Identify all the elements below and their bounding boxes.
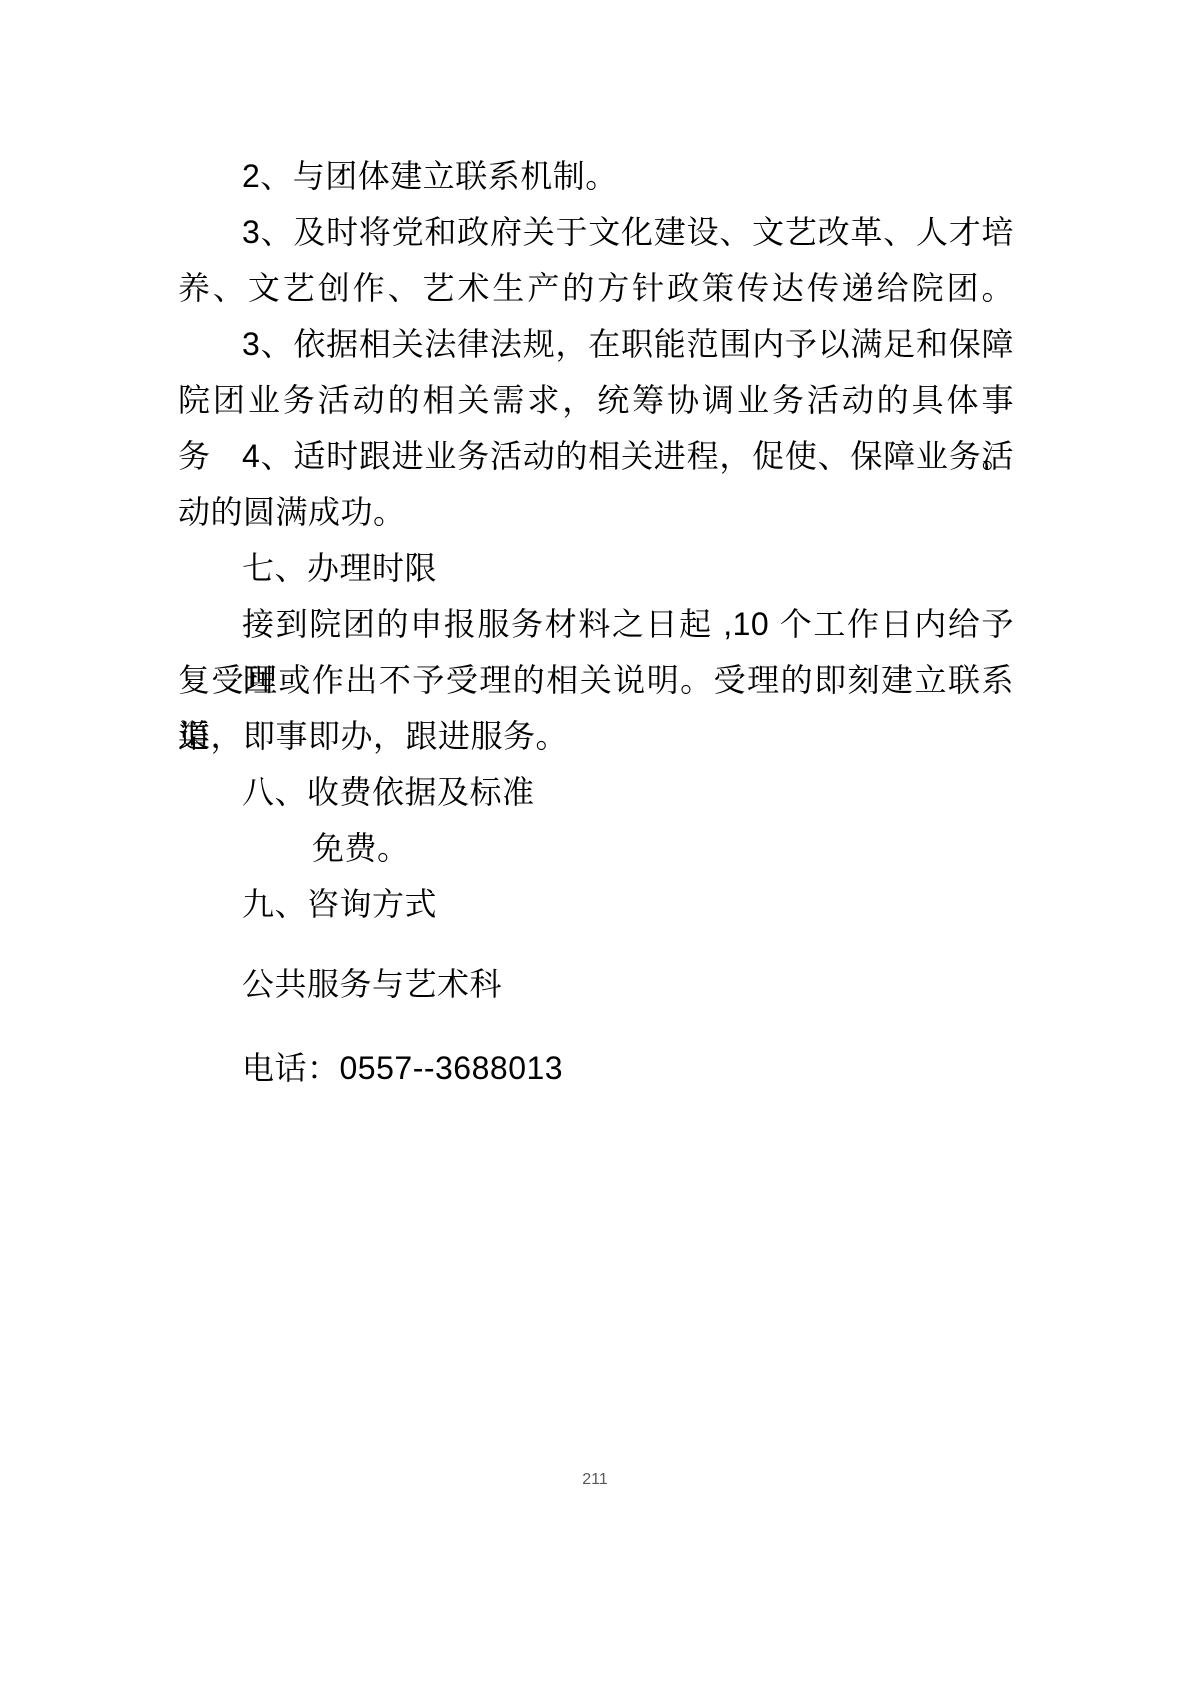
paragraph: 2、与团体建立联系机制。 [178,148,1014,204]
paragraph: 七、办理时限 [178,540,1014,596]
text-line: 2、与团体建立联系机制。 [178,148,1014,204]
text-line: 动的圆满成功。 [178,484,1014,540]
text-line: 免费。 [178,820,1014,876]
paragraph-spacer [178,1012,1014,1040]
document-body: 2、与团体建立联系机制。3、及时将党和政府关于文化建设、文艺改革、人才培养、文艺… [178,148,1014,1096]
text-line: 养、文艺创作、艺术生产的方针政策传达传递给院团。 [178,260,1014,316]
text-line: 电话：0557--3688013 [178,1040,1014,1096]
text-line: 接到院团的申报服务材料之日起 ,10 个工作日内给予回 [178,596,1014,652]
text-line: 复受理或作出不予受理的相关说明。受理的即刻建立联系渠 [178,652,1014,708]
text-line: 七、办理时限 [178,540,1014,596]
text-line: 公共服务与艺术科 [178,956,1014,1012]
paragraph: 4、适时跟进业务活动的相关进程，促使、保障业务活动的圆满成功。 [178,428,1014,540]
paragraph: 公共服务与艺术科 [178,956,1014,1012]
text-line: 道，即事即办，跟进服务。 [178,708,1014,764]
page-footer: 211 [0,1470,1190,1490]
text-line: 3、及时将党和政府关于文化建设、文艺改革、人才培 [178,204,1014,260]
paragraph: 3、依据相关法律法规，在职能范围内予以满足和保障院团业务活动的相关需求，统筹协调… [178,316,1014,428]
text-line: 3、依据相关法律法规，在职能范围内予以满足和保障 [178,316,1014,372]
text-line: 八、收费依据及标准 [178,764,1014,820]
paragraph: 3、及时将党和政府关于文化建设、文艺改革、人才培养、文艺创作、艺术生产的方针政策… [178,204,1014,316]
text-line: 4、适时跟进业务活动的相关进程，促使、保障业务活 [178,428,1014,484]
paragraph: 免费。 [178,820,1014,876]
paragraph: 八、收费依据及标准 [178,764,1014,820]
document-page: 2、与团体建立联系机制。3、及时将党和政府关于文化建设、文艺改革、人才培养、文艺… [0,0,1190,1683]
text-line: 九、咨询方式 [178,876,1014,932]
paragraph: 九、咨询方式 [178,876,1014,932]
paragraph: 接到院团的申报服务材料之日起 ,10 个工作日内给予回复受理或作出不予受理的相关… [178,596,1014,764]
text-line: 院团业务活动的相关需求，统筹协调业务活动的具体事务。 [178,372,1014,428]
paragraph: 电话：0557--3688013 [178,1040,1014,1096]
page-number: 211 [582,1471,608,1488]
paragraph-spacer [178,932,1014,956]
